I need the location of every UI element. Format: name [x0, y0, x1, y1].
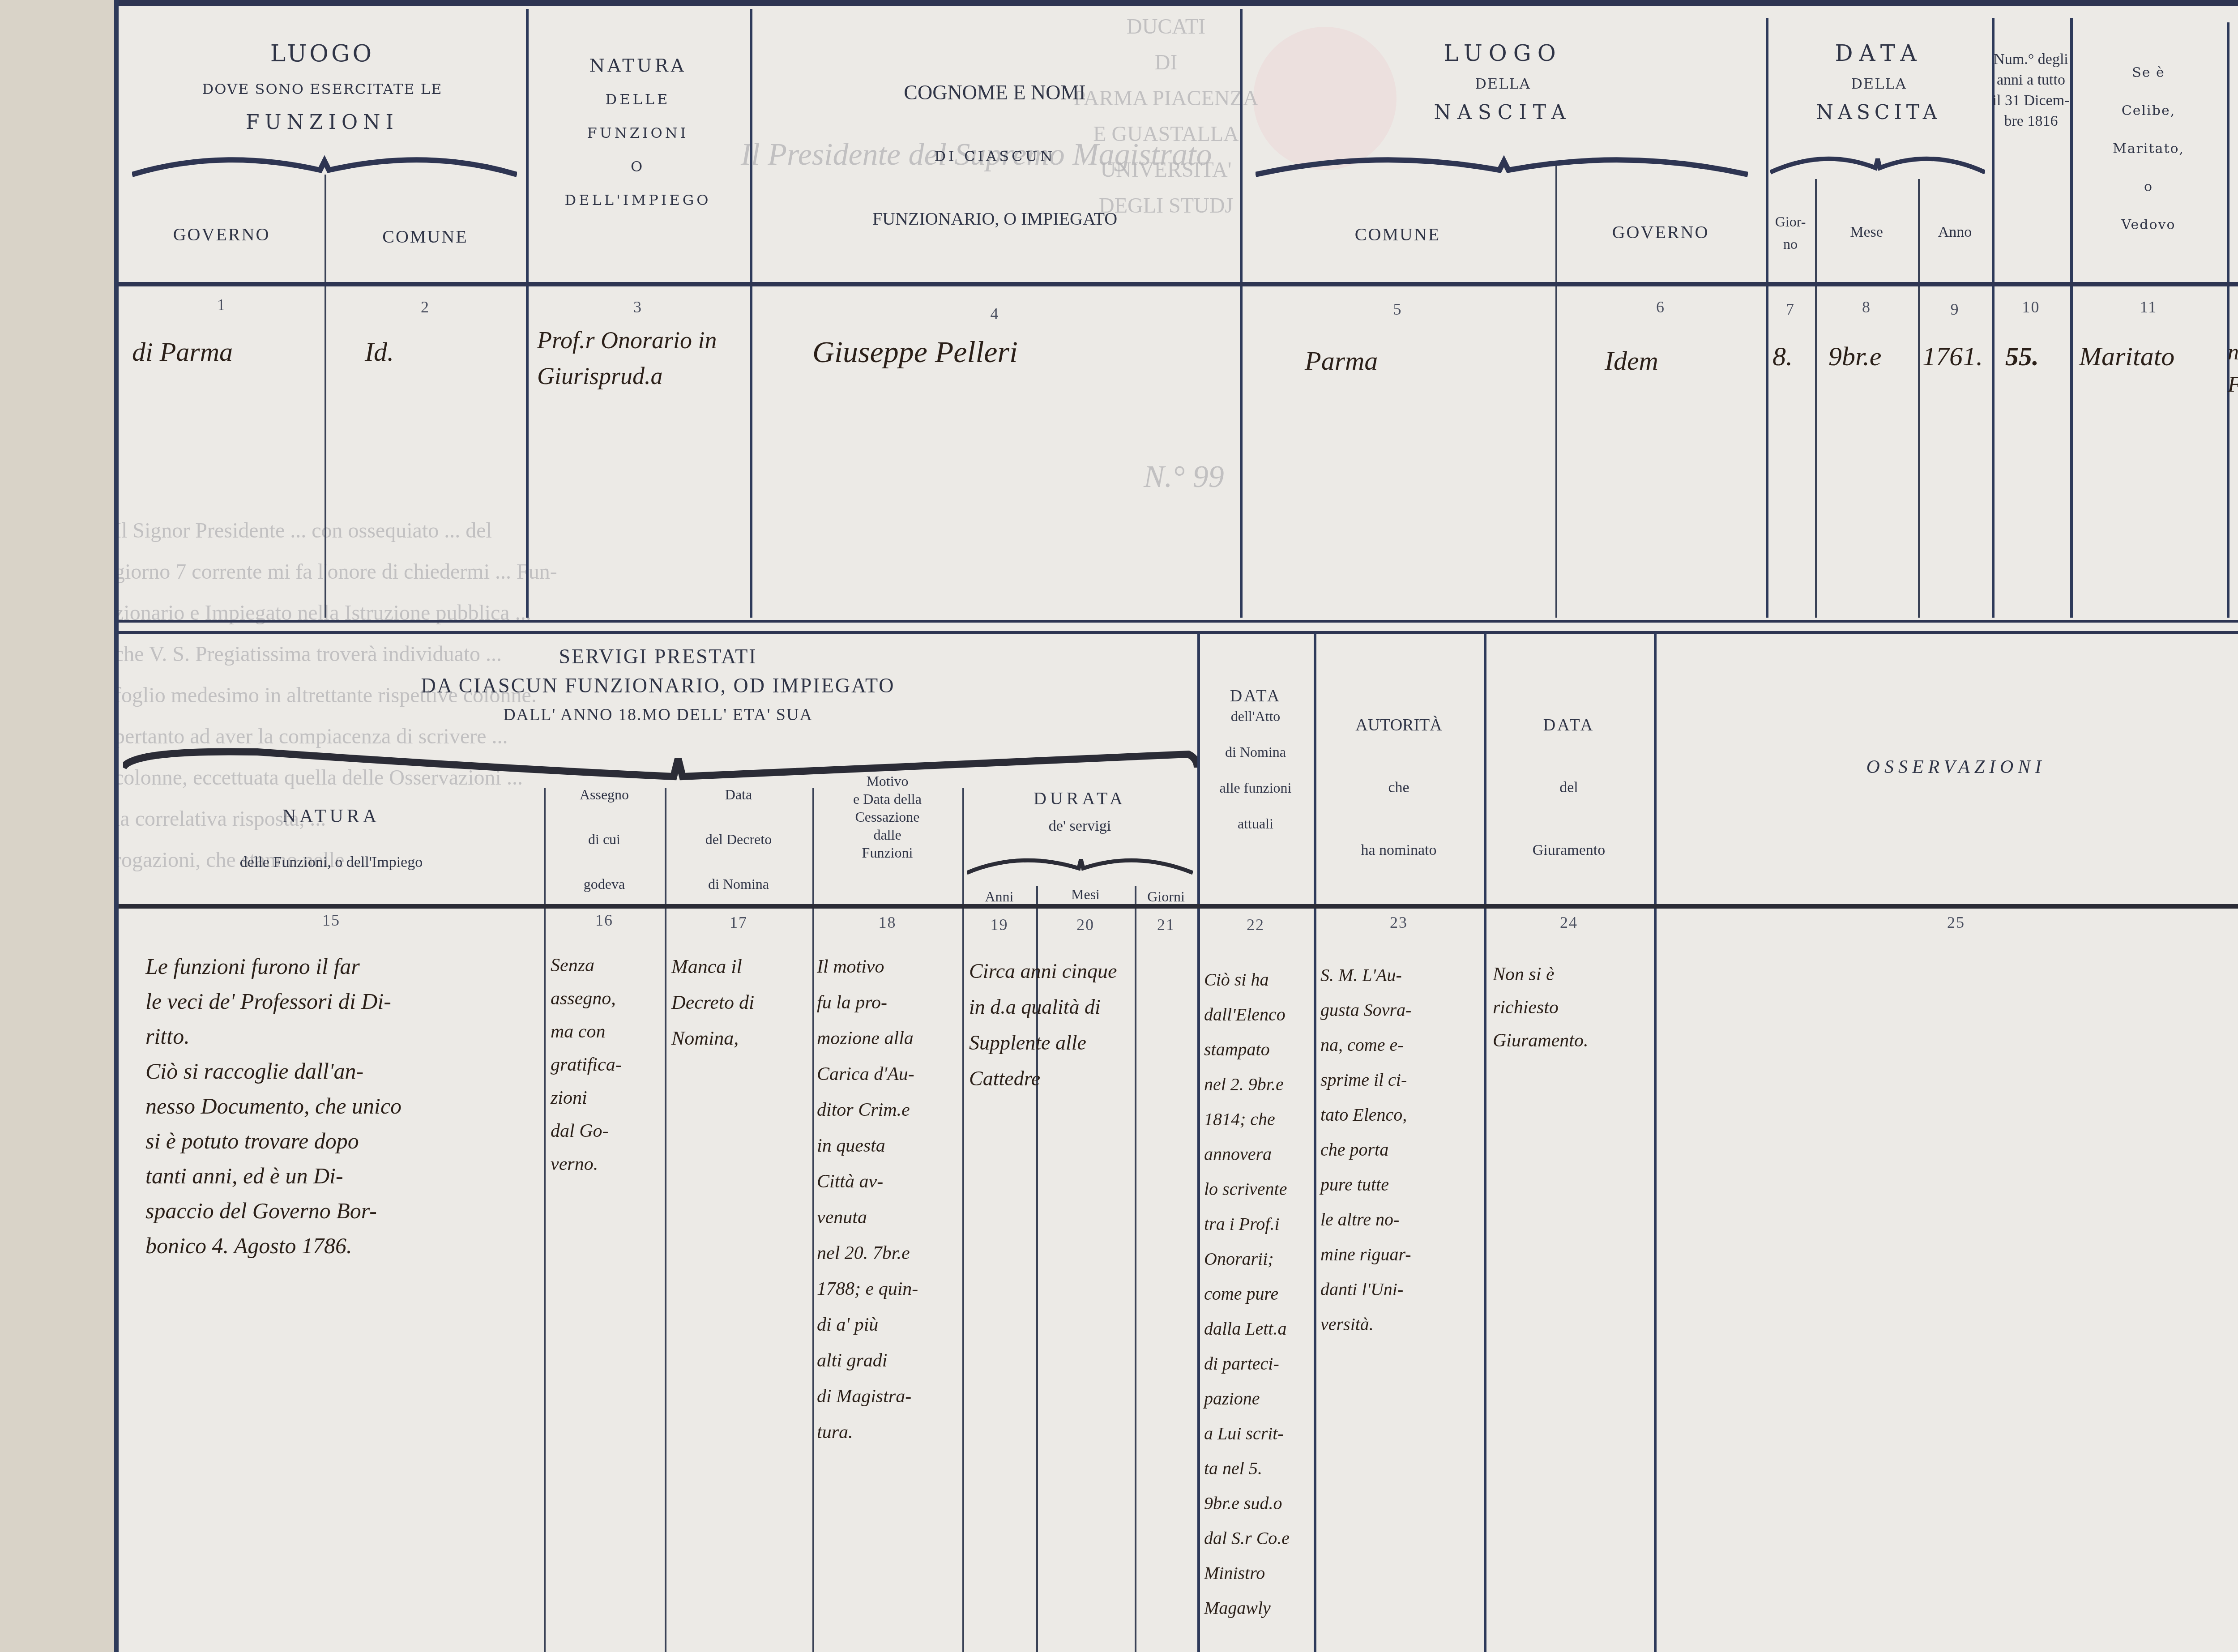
ghost-ref-number: N.° 99: [1144, 457, 1224, 498]
header-comune: COMUNE: [325, 226, 526, 247]
column-number: 7: [1766, 300, 1815, 319]
column-number: 12: [2227, 300, 2238, 319]
header-governo: GOVERNO: [119, 224, 325, 245]
header-cognome: COGNOME E NOMI: [750, 81, 1240, 104]
entry-comune: Id.: [365, 331, 394, 372]
header-luogo-funzioni: LUOGO DOVE SONO ESERCITATE LE FUNZIONI: [119, 40, 526, 134]
header-num-figli: Num.° de' figli se ne ha: [2227, 63, 2238, 242]
column-number: 15: [119, 911, 544, 930]
divider: [1918, 179, 1920, 618]
header-anno: Anno: [1918, 224, 1992, 241]
header-data-atto: DATA dell'Atto di Nomina alle funzioni a…: [1197, 667, 1314, 850]
top-border: [114, 0, 2238, 6]
column-number: 19: [962, 915, 1036, 934]
entry-anni: 55.: [2005, 336, 2039, 377]
entry-stato: Maritato: [2079, 336, 2174, 377]
header-data-nascita: DATA DELLA NASCITA: [1766, 40, 1992, 124]
column-number: 2: [325, 298, 526, 316]
header-mese: Mese: [1815, 224, 1918, 241]
entry-autorita: S. M. L'Au- gusta Sovra- na, come e- spr…: [1320, 958, 1482, 1342]
entry-assegno: Senza assegno, ma con gratifica- zioni d…: [551, 949, 662, 1181]
entry-nascita-comune: Parma: [1305, 340, 1378, 381]
column-number: 9: [1918, 300, 1992, 319]
header-data-decreto: Data del Decreto di Nomina: [665, 772, 812, 906]
entry-anno: 1761.: [1922, 336, 1983, 377]
header-motivo: Motivo e Data della Cessazione dalle Fun…: [812, 772, 962, 862]
header-divider: [119, 904, 2238, 909]
section-divider: [119, 620, 2238, 623]
header-stato-civile: Se è Celibe, Maritato, o Vedovo: [2070, 54, 2227, 244]
entry-mese: 9br.e: [1828, 336, 1881, 377]
column-number: 17: [665, 913, 812, 932]
column-number: 25: [1654, 913, 2238, 932]
column-number: 24: [1484, 913, 1654, 932]
section-divider: [119, 631, 2238, 634]
header-nascita-governo: GOVERNO: [1555, 222, 1766, 243]
brace-decoration: [1770, 148, 1985, 179]
entry-nome: Giuseppe Pelleri: [812, 331, 1018, 372]
header-durata: DURATA de' servigi: [962, 788, 1197, 835]
header-servigi-sub: DA CIASCUN FUNZIONARIO, OD IMPIEGATO: [119, 674, 1197, 697]
column-number: 20: [1036, 915, 1135, 934]
entry-giuramento: Non si è richiesto Giuramento.: [1493, 958, 1649, 1057]
header-assegno: Assegno di cui godeva: [544, 772, 665, 906]
entry-figli: n.° 6. Figli.: [2228, 336, 2238, 400]
divider: [1815, 179, 1817, 618]
entry-nascita-governo: Idem: [1605, 340, 1658, 381]
header-giorni: Giorni: [1135, 888, 1197, 905]
column-number: 21: [1135, 915, 1197, 934]
column-number: 3: [526, 298, 750, 316]
column-number: 10: [1992, 298, 2070, 316]
header-num-anni: Num.° degli anni a tutto il 31 Dicem-bre…: [1992, 49, 2070, 132]
column-number: 6: [1555, 298, 1766, 316]
left-border: [114, 0, 119, 1652]
entry-natura-servigi: Le funzioni furono il far le veci de' Pr…: [145, 949, 539, 1263]
column-number: 1: [119, 295, 325, 314]
header-funzionario: FUNZIONARIO, O IMPIEGATO: [750, 208, 1240, 229]
column-number: 11: [2070, 298, 2227, 316]
header-nascita-comune: COMUNE: [1240, 224, 1555, 245]
header-mesi: Mesi: [1036, 886, 1135, 903]
header-luogo-nascita: LUOGO DELLA NASCITA: [1240, 40, 1766, 124]
header-giuramento: DATA del Giuramento: [1484, 694, 1654, 882]
register-form: DUCATI DI PARMA PIACENZA E GUASTALLA UNI…: [114, 0, 2238, 1652]
header-divider: [119, 282, 2238, 286]
header-natura-funzioni: NATURA delle Funzioni, o dell'Impiego: [119, 806, 544, 871]
column-number: 16: [544, 911, 665, 930]
entry-durata: Circa anni cinque in d.a qualità di Supp…: [969, 953, 1220, 1097]
column-number: 22: [1197, 915, 1314, 934]
brace-decoration: [132, 148, 517, 184]
header-ciascun: DI CIASCUN: [750, 148, 1240, 165]
header-servigi: SERVIGI PRESTATI: [119, 645, 1197, 668]
header-giorno: Gior- no: [1766, 210, 1815, 255]
column-number: 23: [1314, 913, 1484, 932]
entry-governo: di Parma: [132, 331, 233, 372]
entry-data-atto: Ciò si ha dall'Elenco stampato nel 2. 9b…: [1204, 962, 1314, 1626]
column-number: 18: [812, 913, 962, 932]
entry-natura: Prof.r Onorario in Giurisprud.a: [537, 322, 747, 394]
header-autorita: AUTORITÀ che ha nominato: [1314, 694, 1484, 882]
header-servigi-age: DALL' ANNO 18.MO DELL' ETA' SUA: [119, 705, 1197, 725]
column-number: 8: [1815, 298, 1918, 316]
entry-giorno: 8.: [1772, 336, 1793, 377]
header-osservazioni: OSSERVAZIONI: [1654, 756, 2238, 778]
header-anni: Anni: [962, 888, 1036, 905]
entry-motivo: Il motivo fu la pro- mozione alla Carica…: [817, 949, 962, 1450]
entry-data-decreto: Manca il Decreto di Nomina,: [671, 949, 810, 1056]
brace-decoration: [967, 850, 1193, 877]
column-number: 5: [1240, 300, 1555, 319]
divider: [1654, 633, 1657, 1652]
column-number: 4: [750, 304, 1240, 323]
brace-decoration: [1256, 148, 1748, 184]
header-natura: NATURA DELLE FUNZIONI O DELL'IMPIEGO: [526, 49, 750, 217]
